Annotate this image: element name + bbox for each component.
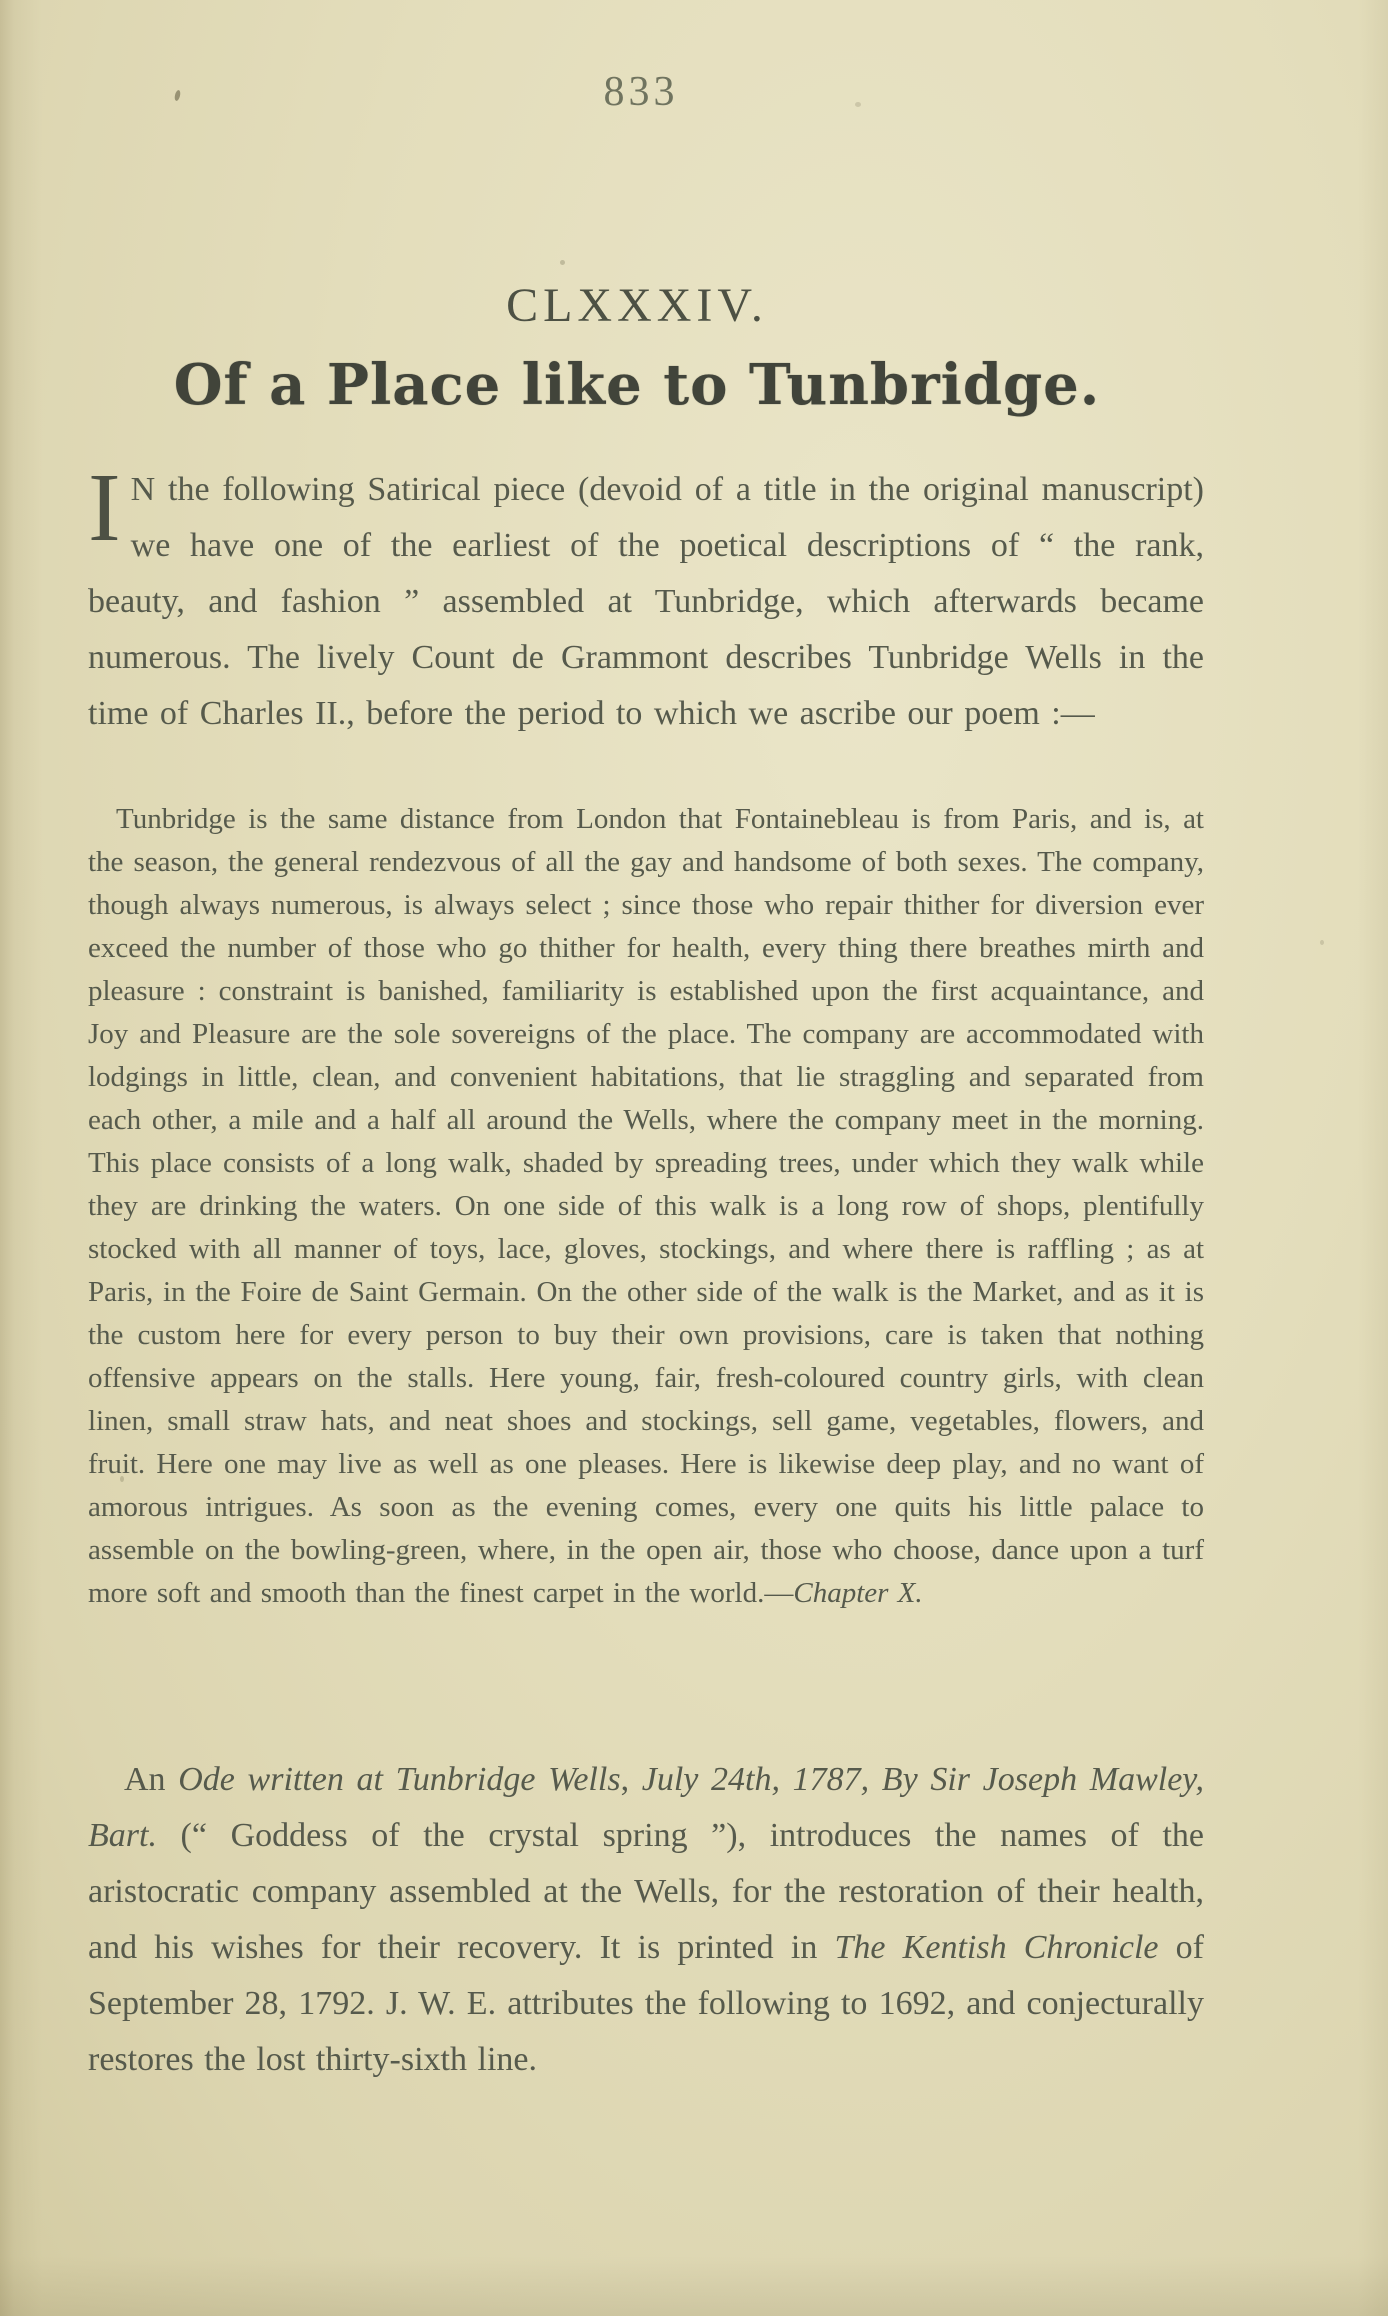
ode-title-italic: Ode written at Tunbridge Wells xyxy=(178,1761,620,1798)
section-number-heading: CLXXXIV. xyxy=(0,278,1274,333)
chapter-title: Of a Place like to Tunbridge. xyxy=(0,352,1274,418)
ode-text-roman-1: An xyxy=(124,1761,178,1798)
paper-speck xyxy=(1320,940,1324,945)
intro-paragraph: IN the following Satirical piece (devoid… xyxy=(88,462,1204,742)
intro-text: N the following Satirical piece (devoid … xyxy=(88,471,1204,732)
ode-journal-italic: The Kentish Chronicle xyxy=(835,1929,1159,1966)
book-page: 833 CLXXXIV. Of a Place like to Tunbridg… xyxy=(0,0,1388,2316)
quotation-text: Tunbridge is the same distance from Lond… xyxy=(88,803,1204,1609)
paper-speck xyxy=(560,260,565,265)
grammont-quotation: Tunbridge is the same distance from Lond… xyxy=(88,798,1204,1615)
page-number: 833 xyxy=(0,68,1282,116)
quotation-source: Chapter X. xyxy=(793,1577,922,1609)
ode-text-roman-2: , xyxy=(621,1761,642,1798)
ode-paragraph: An Ode written at Tunbridge Wells, July … xyxy=(88,1752,1204,2088)
drop-cap-initial: I xyxy=(88,462,131,550)
